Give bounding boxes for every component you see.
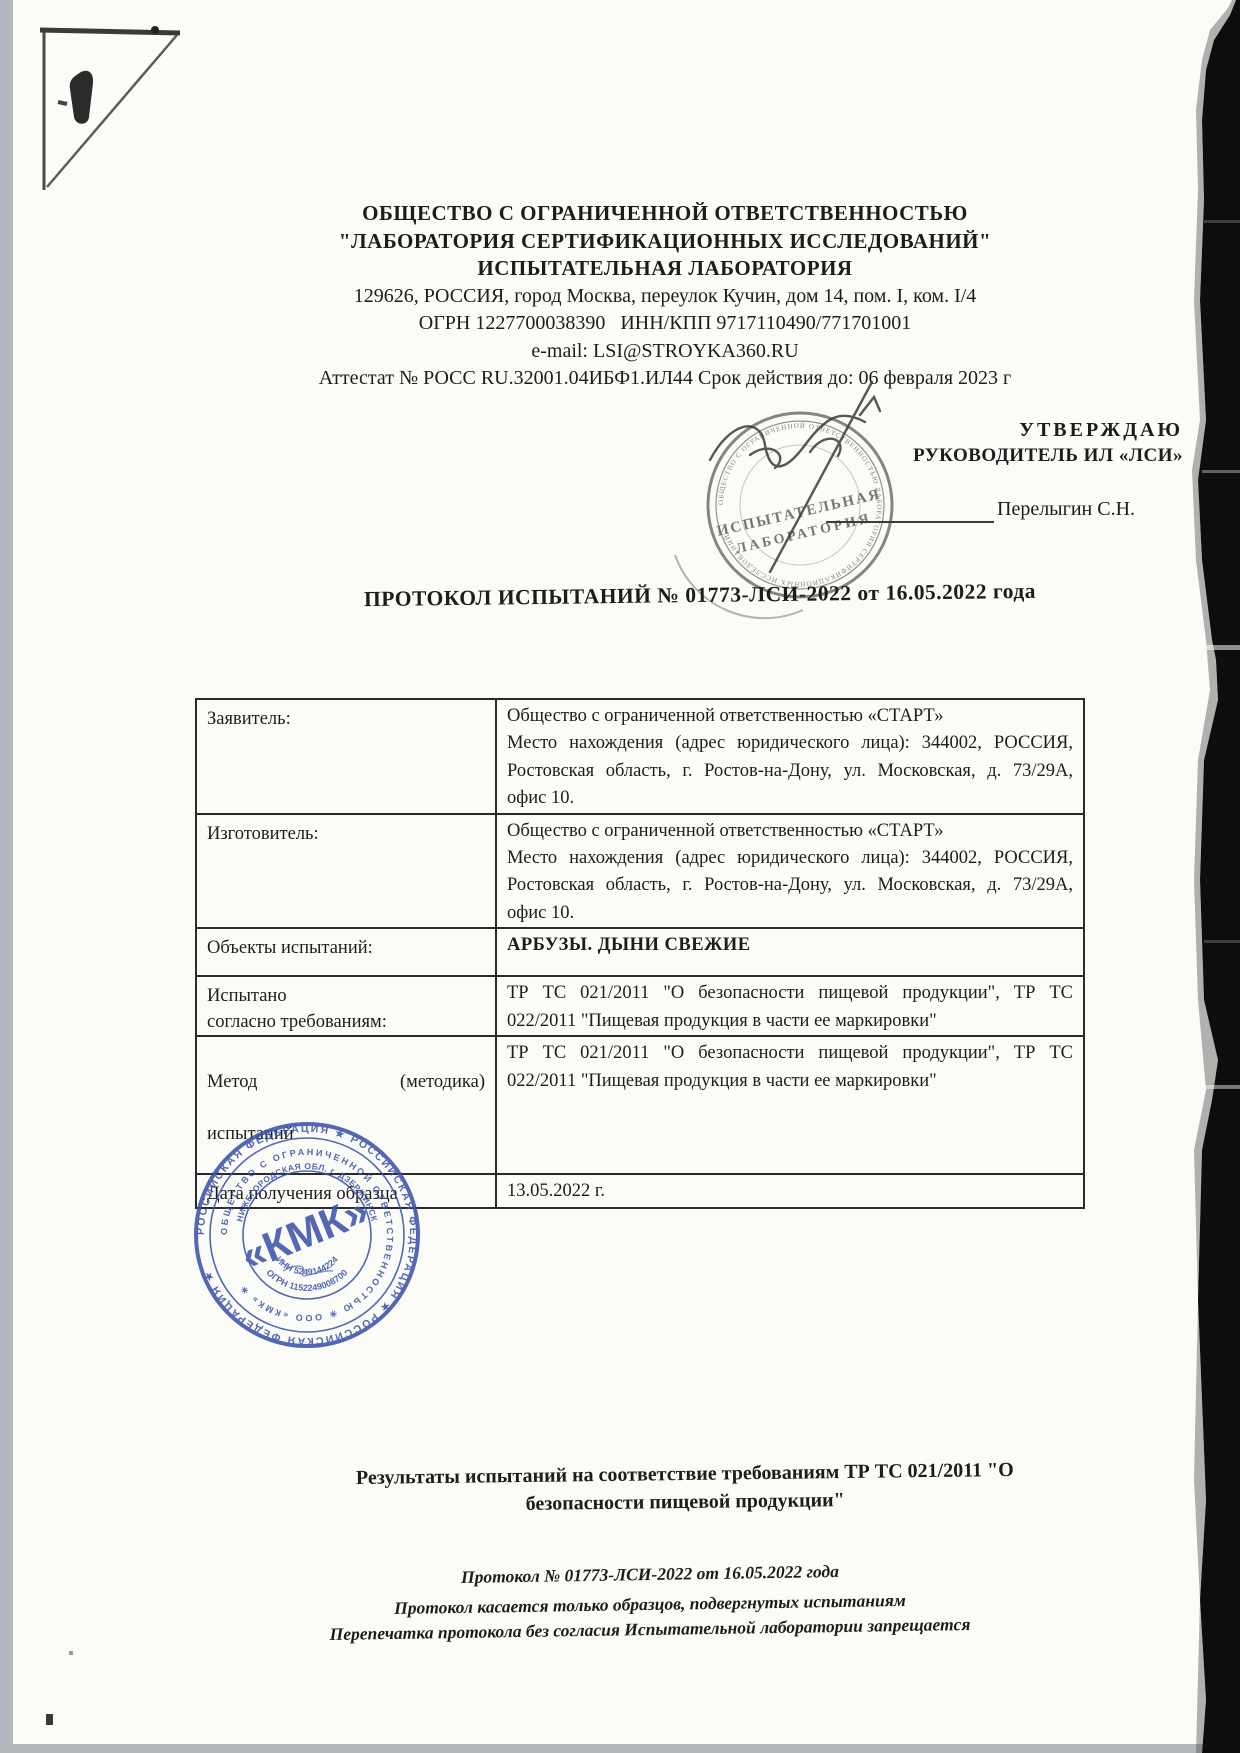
row-value: ТР ТС 021/2011 "О безопасности пищевой п… <box>496 1036 1084 1174</box>
value-line: Общество с ограниченной ответственностью… <box>507 703 1073 730</box>
handwritten-signature <box>690 360 1010 590</box>
row-label: Заявитель: <box>196 699 496 814</box>
org-ogrn-inn: ОГРН 1227700038390 ИНН/КПП 9717110490/77… <box>170 310 1160 338</box>
row-value: ТР ТС 021/2011 "О безопасности пищевой п… <box>496 976 1084 1036</box>
org-address: 129626, РОССИЯ, город Москва, переулок К… <box>170 283 1160 311</box>
org-name-line2: "ЛАБОРАТОРИЯ СЕРТИФИКАЦИОННЫХ ИССЛЕДОВАН… <box>170 228 1160 256</box>
row-value: Общество с ограниченной ответственностью… <box>496 699 1084 814</box>
scan-dot <box>69 1651 73 1655</box>
value-line: Место нахождения (адрес юридического лиц… <box>507 730 1073 757</box>
row-label: Испытано согласно требованиям: <box>196 976 496 1036</box>
scan-mark <box>46 1714 53 1725</box>
scanner-edge-band <box>1192 0 1240 1753</box>
row-value: АРБУЗЫ. ДЫНИ СВЕЖИЕ <box>496 928 1084 976</box>
value-line: Общество с ограниченной ответственностью… <box>507 818 1073 845</box>
row-value: Общество с ограниченной ответственностью… <box>496 814 1084 929</box>
scanned-document-page: ОБЩЕСТВО С ОГРАНИЧЕННОЙ ОТВЕТСТВЕННОСТЬЮ… <box>0 0 1240 1753</box>
org-email: e-mail: LSI@STROYKA360.RU <box>170 338 1160 366</box>
row-value: 13.05.2022 г. <box>496 1174 1084 1208</box>
kmk-round-stamp: РОССИЙСКАЯ ФЕДЕРАЦИЯ ★ РОССИЙСКАЯ ФЕДЕРА… <box>183 1111 431 1359</box>
row-label-part: Метод <box>207 1069 257 1095</box>
org-attestation: Аттестат № РОСС RU.32001.04ИБФ1.ИЛ44 Сро… <box>170 365 1160 393</box>
table-row: Объекты испытаний: АРБУЗЫ. ДЫНИ СВЕЖИЕ <box>196 928 1084 976</box>
value-line: Ростовская область, г. Ростов-на-Дону, у… <box>507 872 1073 899</box>
row-label: Объекты испытаний: <box>196 928 496 976</box>
corner-scan-artifact <box>0 0 230 215</box>
ink-blob <box>70 71 93 124</box>
org-name-line3: ИСПЫТАТЕЛЬНАЯ ЛАБОРАТОРИЯ <box>170 255 1160 283</box>
value-line: Ростовская область, г. Ростов-на-Дону, у… <box>507 758 1073 785</box>
row-label-part: (методика) <box>400 1069 485 1095</box>
kmk-center-text: «КМК» <box>234 1186 375 1279</box>
table-row: Заявитель: Общество с ограниченной ответ… <box>196 699 1084 814</box>
value-line: офис 10. <box>507 785 1073 812</box>
table-row: Испытано согласно требованиям: ТР ТС 021… <box>196 976 1084 1036</box>
signature-line <box>826 521 994 523</box>
value-line: 022/2011 "Пищевая продукция в части ее м… <box>507 1008 1073 1035</box>
row-label: Изготовитель: <box>196 814 496 929</box>
results-heading: Результаты испытаний на соответствие тре… <box>305 1455 1066 1520</box>
value-line: ТР ТС 021/2011 "О безопасности пищевой п… <box>507 980 1073 1007</box>
table-row: Изготовитель: Общество с ограниченной от… <box>196 814 1084 929</box>
approver-name: Перелыгин С.Н. <box>997 498 1135 521</box>
value-line: 022/2011 "Пищевая продукция в части ее м… <box>507 1068 1073 1095</box>
value-line: офис 10. <box>507 900 1073 927</box>
value-line: Место нахождения (адрес юридического лиц… <box>507 845 1073 872</box>
value-line: ТР ТС 021/2011 "О безопасности пищевой п… <box>507 1040 1073 1067</box>
org-name-line1: ОБЩЕСТВО С ОГРАНИЧЕННОЙ ОТВЕТСТВЕННОСТЬЮ <box>170 200 1160 228</box>
letterhead: ОБЩЕСТВО С ОГРАНИЧЕННОЙ ОТВЕТСТВЕННОСТЬЮ… <box>170 200 1160 393</box>
